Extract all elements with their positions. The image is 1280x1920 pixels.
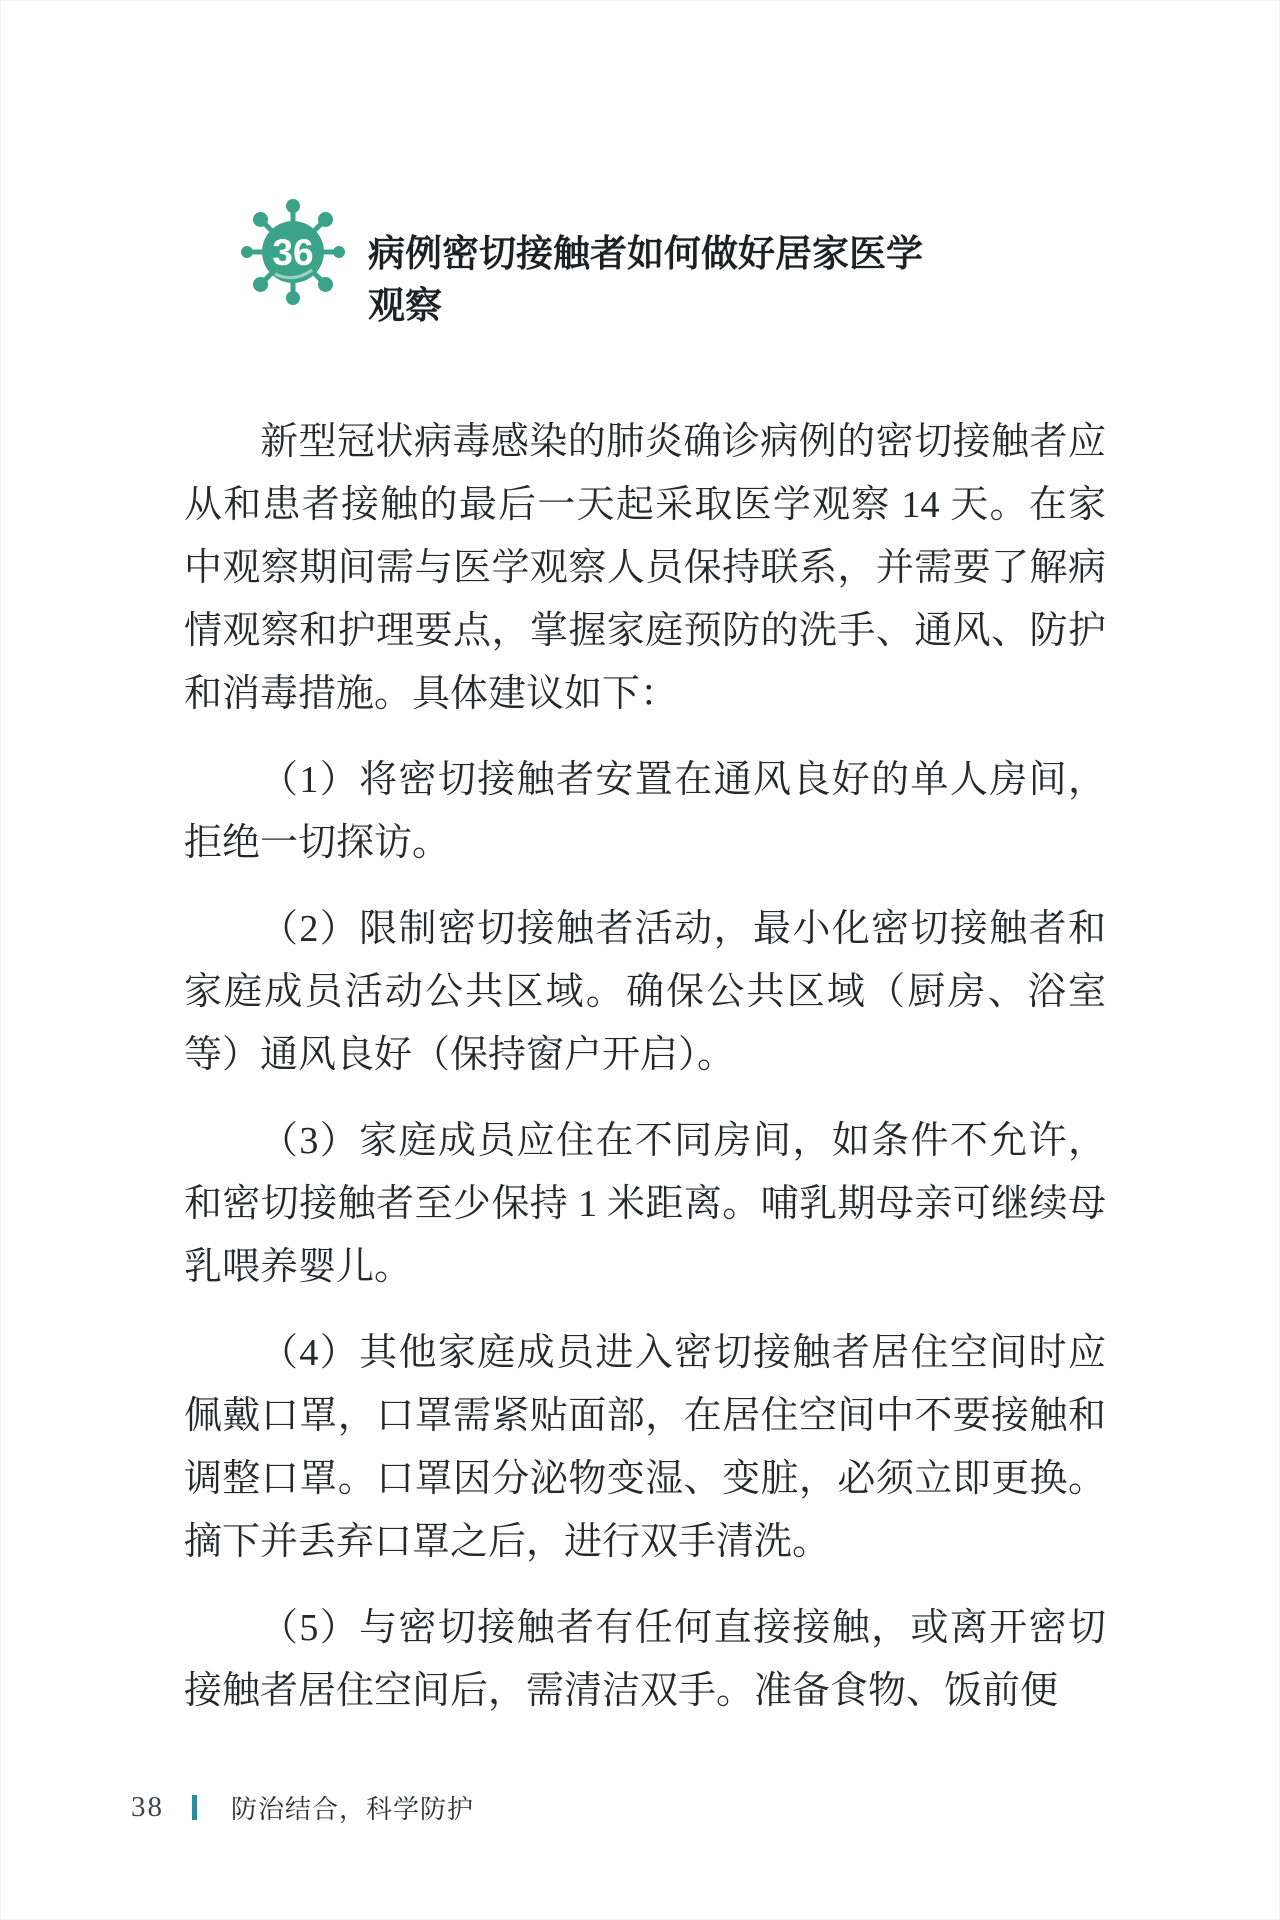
- page-footer: 38 防治结合，科学防护: [131, 1789, 474, 1826]
- book-page: 36 病例密切接触者如何做好居家医学 观察 新型冠状病毒感染的肺炎确诊病例的密切…: [0, 0, 1280, 1920]
- section-header: 36 病例密切接触者如何做好居家医学 观察: [237, 196, 923, 332]
- page-number: 38: [131, 1791, 164, 1824]
- footer-separator-bar: [192, 1795, 197, 1820]
- virus-icon: 36: [237, 196, 349, 308]
- section-title-line2: 观察: [368, 280, 923, 332]
- section-title-line1: 病例密切接触者如何做好居家医学: [368, 228, 923, 280]
- paragraph-intro: 新型冠状病毒感染的肺炎确诊病例的密切接触者应从和患者接触的最后一天起采取医学观察…: [184, 411, 1106, 726]
- footer-slogan: 防治结合，科学防护: [231, 1789, 474, 1826]
- section-title: 病例密切接触者如何做好居家医学 观察: [368, 228, 923, 332]
- paragraph-item-2: （2）限制密切接触者活动，最小化密切接触者和家庭成员活动公共区域。确保公共区域（…: [184, 898, 1106, 1087]
- paragraph-item-4: （4）其他家庭成员进入密切接触者居住空间时应佩戴口罩，口罩需紧贴面部，在居住空间…: [184, 1322, 1106, 1574]
- paragraph-item-5: （5）与密切接触者有任何直接接触，或离开密切接触者居住空间后，需清洁双手。准备食…: [184, 1597, 1106, 1723]
- paragraph-item-1: （1）将密切接触者安置在通风良好的单人房间，拒绝一切探访。: [184, 749, 1106, 875]
- section-number: 36: [272, 232, 313, 273]
- paragraph-item-3: （3）家庭成员应住在不同房间，如条件不允许，和密切接触者至少保持 1 米距离。哺…: [184, 1110, 1106, 1299]
- body-text: 新型冠状病毒感染的肺炎确诊病例的密切接触者应从和患者接触的最后一天起采取医学观察…: [184, 411, 1106, 1723]
